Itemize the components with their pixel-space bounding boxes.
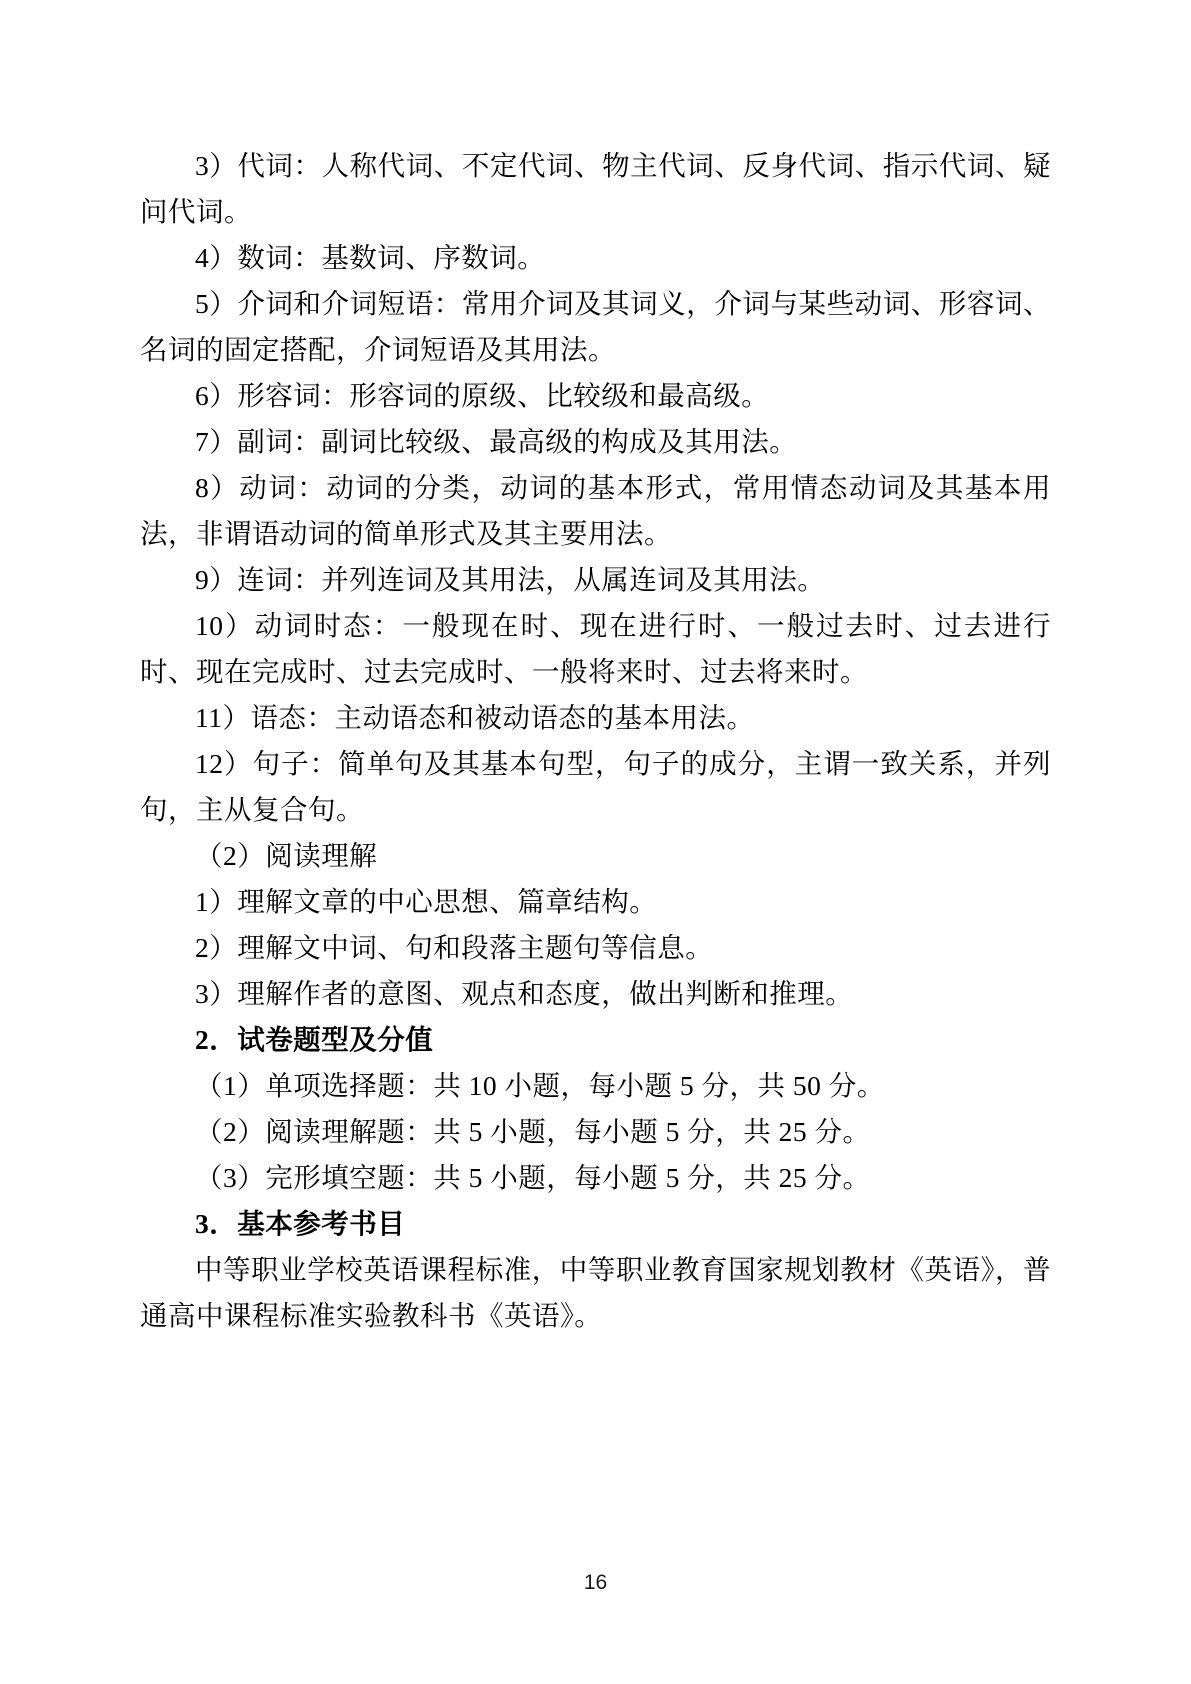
section-heading: 3．基本参考书目 bbox=[140, 1201, 1051, 1247]
paragraph: 6）形容词：形容词的原级、比较级和最高级。 bbox=[140, 373, 1051, 419]
paragraph: 中等职业学校英语课程标准，中等职业教育国家规划教材《英语》，普通高中课程标准实验… bbox=[140, 1247, 1051, 1339]
paragraph: （1）单项选择题：共 10 小题，每小题 5 分，共 50 分。 bbox=[140, 1063, 1051, 1109]
paragraph: 2）理解文中词、句和段落主题句等信息。 bbox=[140, 925, 1051, 971]
page-footer: 16 bbox=[0, 1571, 1191, 1595]
paragraph: （2）阅读理解 bbox=[140, 833, 1051, 879]
paragraph: 1）理解文章的中心思想、篇章结构。 bbox=[140, 879, 1051, 925]
paragraph: 5）介词和介词短语：常用介词及其词义，介词与某些动词、形容词、名词的固定搭配，介… bbox=[140, 281, 1051, 373]
paragraph: 10）动词时态：一般现在时、现在进行时、一般过去时、过去进行时、现在完成时、过去… bbox=[140, 603, 1051, 695]
paragraph: 11）语态：主动语态和被动语态的基本用法。 bbox=[140, 695, 1051, 741]
page-number: 16 bbox=[584, 1571, 607, 1594]
document-body: 3）代词：人称代词、不定代词、物主代词、反身代词、指示代词、疑问代词。4）数词：… bbox=[140, 143, 1051, 1339]
paragraph: （2）阅读理解题：共 5 小题，每小题 5 分，共 25 分。 bbox=[140, 1109, 1051, 1155]
paragraph: 3）理解作者的意图、观点和态度，做出判断和推理。 bbox=[140, 971, 1051, 1017]
paragraph: 4）数词：基数词、序数词。 bbox=[140, 235, 1051, 281]
paragraph: 9）连词：并列连词及其用法，从属连词及其用法。 bbox=[140, 557, 1051, 603]
document-page: 3）代词：人称代词、不定代词、物主代词、反身代词、指示代词、疑问代词。4）数词：… bbox=[0, 0, 1191, 1684]
paragraph: 7）副词：副词比较级、最高级的构成及其用法。 bbox=[140, 419, 1051, 465]
paragraph: （3）完形填空题：共 5 小题，每小题 5 分，共 25 分。 bbox=[140, 1155, 1051, 1201]
paragraph: 8）动词：动词的分类，动词的基本形式，常用情态动词及其基本用法，非谓语动词的简单… bbox=[140, 465, 1051, 557]
paragraph: 3）代词：人称代词、不定代词、物主代词、反身代词、指示代词、疑问代词。 bbox=[140, 143, 1051, 235]
paragraph: 12）句子：简单句及其基本句型，句子的成分，主谓一致关系，并列句，主从复合句。 bbox=[140, 741, 1051, 833]
section-heading: 2．试卷题型及分值 bbox=[140, 1017, 1051, 1063]
